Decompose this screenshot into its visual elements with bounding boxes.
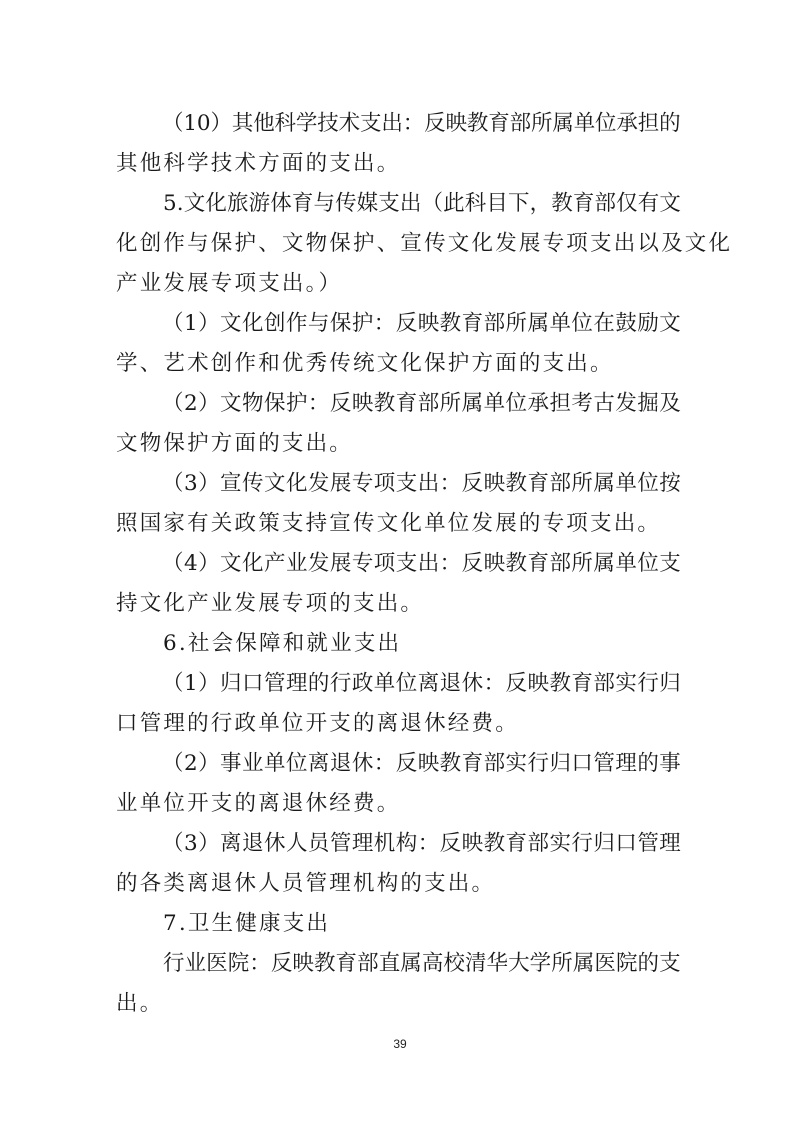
text-line: 出。 xyxy=(116,991,163,1017)
text-line: 的各类离退休人员管理机构的支出。 xyxy=(116,871,495,897)
text-line: （1）归口管理的行政单位离退休：反映教育部实行归 xyxy=(162,671,681,697)
text-line: （2）事业单位离退休：反映教育部实行归口管理的事 xyxy=(162,751,681,777)
text-line: 6.社会保障和就业支出 xyxy=(163,631,401,657)
text-line: 行业医院：反映教育部直属高校清华大学所属医院的支 xyxy=(163,951,681,977)
text-line: （10）其他科学技术支出：反映教育部所属单位承担的 xyxy=(162,111,681,137)
text-line: （4）文化产业发展专项支出：反映教育部所属单位支 xyxy=(162,551,681,577)
text-line: （3）离退休人员管理机构：反映教育部实行归口管理 xyxy=(162,831,681,857)
text-line: 文物保护方面的支出。 xyxy=(116,431,353,457)
page-number: 39 xyxy=(0,1037,800,1051)
text-line: （2）文物保护：反映教育部所属单位承担考古发掘及 xyxy=(162,391,681,417)
text-line: 产业发展专项支出。） xyxy=(116,271,342,297)
text-line: 化创作与保护、文物保护、宣传文化发展专项支出以及文化 xyxy=(116,231,732,257)
text-line: （1）文化创作与保护：反映教育部所属单位在鼓励文 xyxy=(162,311,681,337)
text-line: 7.卫生健康支出 xyxy=(163,911,330,937)
text-line: 口管理的行政单位开支的离退休经费。 xyxy=(116,711,519,737)
text-line: （3）宣传文化发展专项支出：反映教育部所属单位按 xyxy=(162,471,681,497)
text-line: 照国家有关政策支持宣传文化单位发展的专项支出。 xyxy=(116,511,661,537)
text-line: 其他科学技术方面的支出。 xyxy=(116,151,400,177)
text-line: 学、艺术创作和优秀传统文化保护方面的支出。 xyxy=(116,351,614,377)
text-line: 5.文化旅游体育与传媒支出（此科目下，教育部仅有文 xyxy=(163,191,681,217)
text-line: 业单位开支的离退休经费。 xyxy=(116,791,400,817)
text-line: 持文化产业发展专项的支出。 xyxy=(116,591,424,617)
